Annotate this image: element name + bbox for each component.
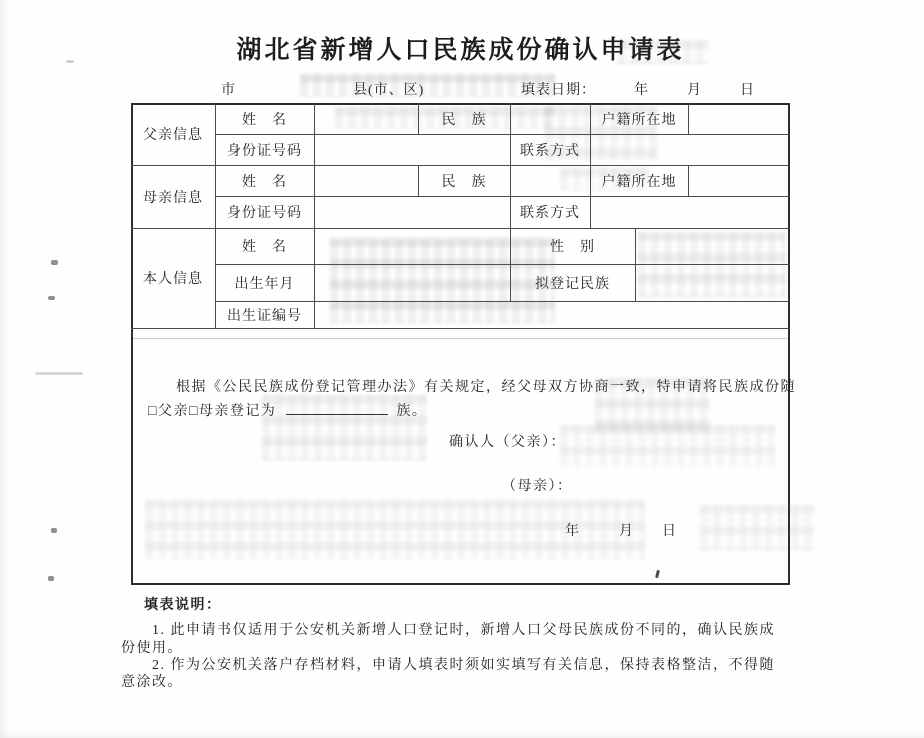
self-group-label: 本人信息 (131, 228, 215, 328)
fill-date-label: 填表日期： (521, 79, 596, 99)
self-birth-date-value (315, 265, 509, 300)
scan-double-line-artifact (133, 338, 787, 339)
ethnic-fill-blank (286, 400, 388, 415)
father-residence-label: 户籍所在地 (590, 103, 688, 134)
note1-line1: 1. 此申请书仅适用于公安机关新增人口登记时，新增人口父母民族成份不同的，确认民… (152, 619, 775, 639)
mother-ethnic-value (511, 166, 589, 195)
father-id-label: 身份证号码 (215, 134, 314, 165)
mother-contact-value (591, 197, 788, 227)
header-month-label: 月 (687, 79, 702, 99)
self-intended-ethnic-value (636, 265, 788, 300)
mother-ethnic-label: 民 族 (418, 165, 510, 196)
mother-id-label: 身份证号码 (215, 196, 314, 228)
confirm-father-signature-label: 确认人（父亲）： (449, 431, 566, 451)
scan-speck (66, 60, 74, 63)
county-label: 县(市、区) (353, 79, 424, 99)
scan-edge-shadow-left (0, 0, 10, 738)
self-name-value (315, 229, 509, 263)
self-birth-cert-label: 出生证编号 (215, 301, 314, 328)
scan-speck (48, 296, 55, 300)
scanned-form-page: 湖北省新增人口民族成份确认申请表 市 县(市、区) 填表日期： 年 月 日 父亲… (0, 0, 924, 738)
form-title: 湖北省新增人口民族成份确认申请表 (131, 30, 790, 66)
notes-heading: 填表说明： (144, 594, 222, 614)
scan-edge-shadow-bottom (0, 730, 924, 738)
mother-group-label: 母亲信息 (131, 165, 215, 228)
self-gender-label: 性 别 (510, 228, 635, 264)
note2-line2: 意涂改。 (121, 671, 183, 691)
self-gender-value (636, 229, 788, 263)
scan-speck (51, 528, 57, 533)
mother-residence-value (689, 166, 788, 195)
father-contact-label: 联系方式 (510, 134, 590, 165)
confirm-mother-signature-label: （母亲）： (502, 475, 573, 495)
mother-contact-label: 联系方式 (510, 196, 590, 228)
statement-checkbox-father-mother: □父亲□母亲登记为 (148, 404, 276, 419)
statement-year-label: 年 (565, 520, 581, 540)
statement-day-label: 日 (662, 520, 678, 540)
father-contact-value (591, 135, 788, 164)
father-name-label: 姓 名 (215, 103, 314, 134)
self-birth-cert-value (315, 302, 788, 327)
bleed-through-artifact (300, 74, 555, 96)
self-intended-ethnic-label: 拟登记民族 (510, 264, 635, 301)
mother-id-value (315, 197, 509, 227)
self-birth-date-label: 出生年月 (215, 264, 314, 301)
scan-speck (35, 372, 83, 375)
statement-month-label: 月 (619, 520, 635, 540)
header-day-label: 日 (740, 79, 755, 99)
statement-line1: 根据《公民民族成份登记管理办法》有关规定，经父母双方协商一致，特申请将民族成份随 (176, 376, 796, 396)
father-residence-value (689, 104, 788, 133)
mother-residence-label: 户籍所在地 (590, 165, 688, 196)
scan-speck (48, 576, 54, 581)
table-grid-line (131, 328, 790, 329)
statement-line2: □父亲□母亲登记为族。 (148, 400, 427, 420)
header-year-label: 年 (634, 79, 649, 99)
note2-line1: 2. 作为公安机关落户存档材料，申请人填表时须如实填写有关信息，保持表格整洁，不… (152, 654, 775, 674)
father-ethnic-label: 民 族 (418, 103, 510, 134)
statement-suffix: 族。 (396, 404, 427, 419)
mother-name-value (315, 166, 417, 195)
father-name-value (315, 104, 417, 133)
father-id-value (315, 135, 509, 164)
city-label: 市 (221, 79, 236, 99)
scan-speck (51, 260, 58, 265)
father-group-label: 父亲信息 (131, 103, 215, 165)
father-ethnic-value (511, 104, 589, 133)
mother-name-label: 姓 名 (215, 165, 314, 196)
self-name-label: 姓 名 (215, 228, 314, 264)
